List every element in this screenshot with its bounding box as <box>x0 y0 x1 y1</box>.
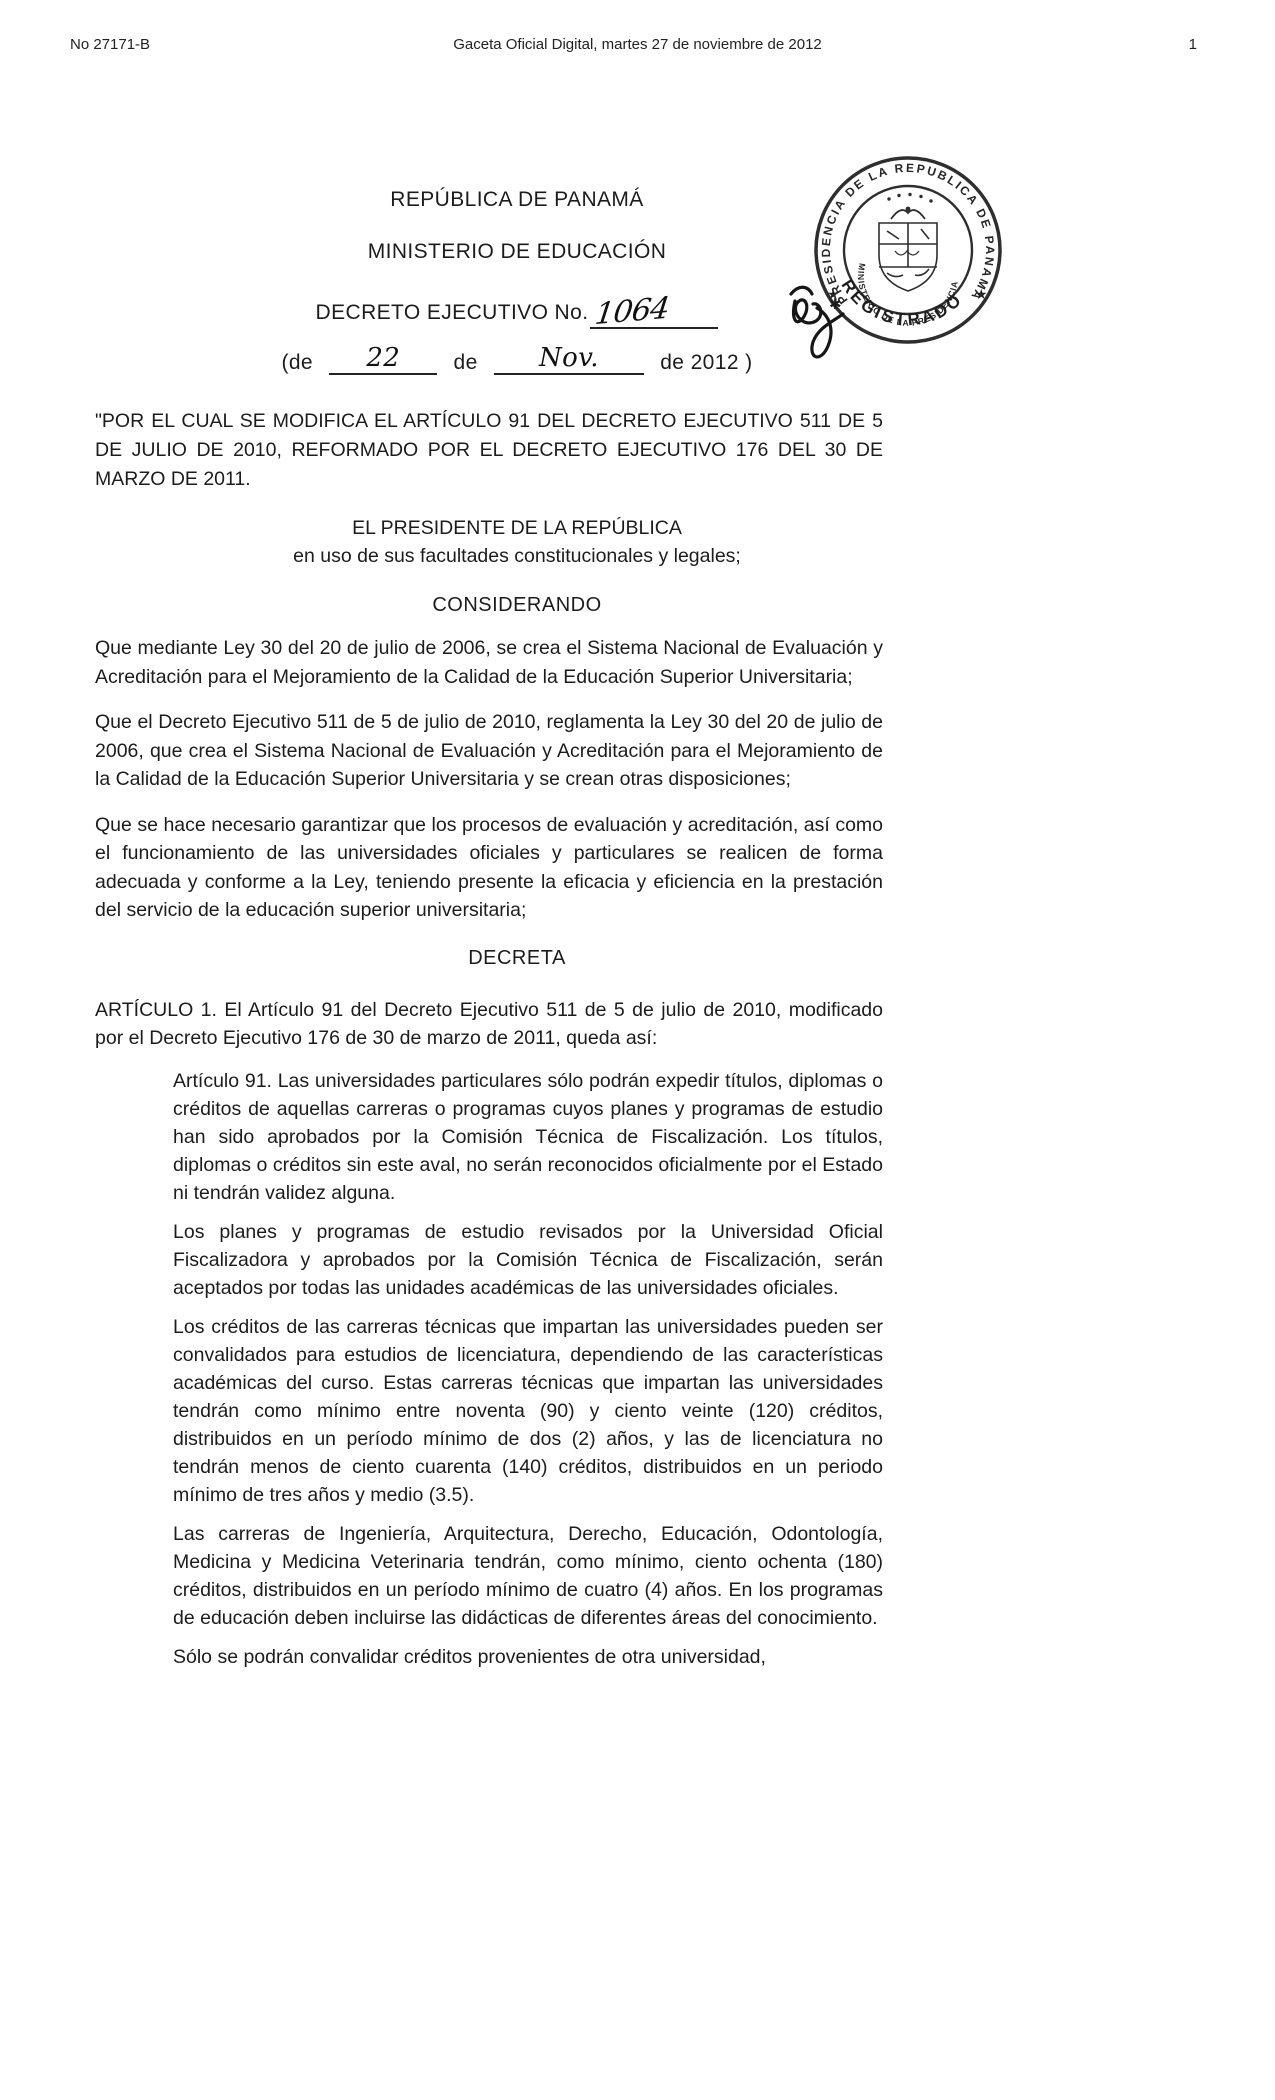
ministry-title: MINISTERIO DE EDUCACIÓN <box>95 240 883 264</box>
considerando-paragraph: Que el Decreto Ejecutivo 511 de 5 de jul… <box>95 708 883 794</box>
page-number: 1 <box>1189 36 1197 53</box>
publication-title: Gaceta Oficial Digital, martes 27 de nov… <box>0 36 1275 53</box>
date-month-underline: Nov. <box>494 345 644 375</box>
decree-number-underline: 1064 <box>590 292 718 329</box>
decreta-heading: DECRETA <box>95 947 883 970</box>
considerando-paragraph: Que se hace necesario garantizar que los… <box>95 811 883 925</box>
coat-of-arms <box>879 193 937 291</box>
date-month-handwritten: Nov. <box>539 343 599 373</box>
articulo-91-paragraph: Los créditos de las carreras técnicas qu… <box>173 1313 883 1509</box>
articulo-91-paragraph: Sólo se podrán convalidar créditos prove… <box>173 1643 883 1671</box>
decree-number-line: DECRETO EJECUTIVO No.1064 <box>95 292 883 329</box>
document-body: REPÚBLICA DE PANAMÁ MINISTERIO DE EDUCAC… <box>95 188 883 1682</box>
republic-title: REPÚBLICA DE PANAMÁ <box>95 188 883 212</box>
date-suffix: de 2012 ) <box>660 351 752 374</box>
considerando-heading: CONSIDERANDO <box>95 594 883 617</box>
articulo-91-paragraph: Las carreras de Ingeniería, Arquitectura… <box>173 1520 883 1632</box>
date-connector: de <box>454 351 478 374</box>
articulo-1-paragraph: ARTÍCULO 1. El Artículo 91 del Decreto E… <box>95 996 883 1053</box>
decree-date-line: (de 22 de Nov. de 2012 ) <box>95 345 883 375</box>
seal-star-right: ★ <box>975 286 988 302</box>
authority-block: EL PRESIDENTE DE LA REPÚBLICA en uso de … <box>95 514 883 570</box>
considerando-paragraph: Que mediante Ley 30 del 20 de julio de 2… <box>95 634 883 691</box>
date-day-handwritten: 22 <box>366 343 400 373</box>
title-block: REPÚBLICA DE PANAMÁ MINISTERIO DE EDUCAC… <box>95 188 883 375</box>
decree-number-handwritten: 1064 <box>593 291 671 332</box>
gaceta-scanned-page: No 27171-B Gaceta Oficial Digital, marte… <box>0 0 1275 2100</box>
authority-line-1: EL PRESIDENTE DE LA REPÚBLICA <box>151 514 883 542</box>
decree-label: DECRETO EJECUTIVO No. <box>316 301 589 324</box>
date-day-underline: 22 <box>329 345 437 375</box>
decree-subject: "POR EL CUAL SE MODIFICA EL ARTÍCULO 91 … <box>95 407 883 494</box>
articulo-91-block: Artículo 91. Las universidades particula… <box>95 1067 883 1671</box>
date-prefix: (de <box>281 351 313 374</box>
authority-line-2: en uso de sus facultades constitucionale… <box>151 542 883 570</box>
articulo-91-paragraph: Artículo 91. Las universidades particula… <box>173 1067 883 1207</box>
articulo-91-paragraph: Los planes y programas de estudio revisa… <box>173 1218 883 1302</box>
